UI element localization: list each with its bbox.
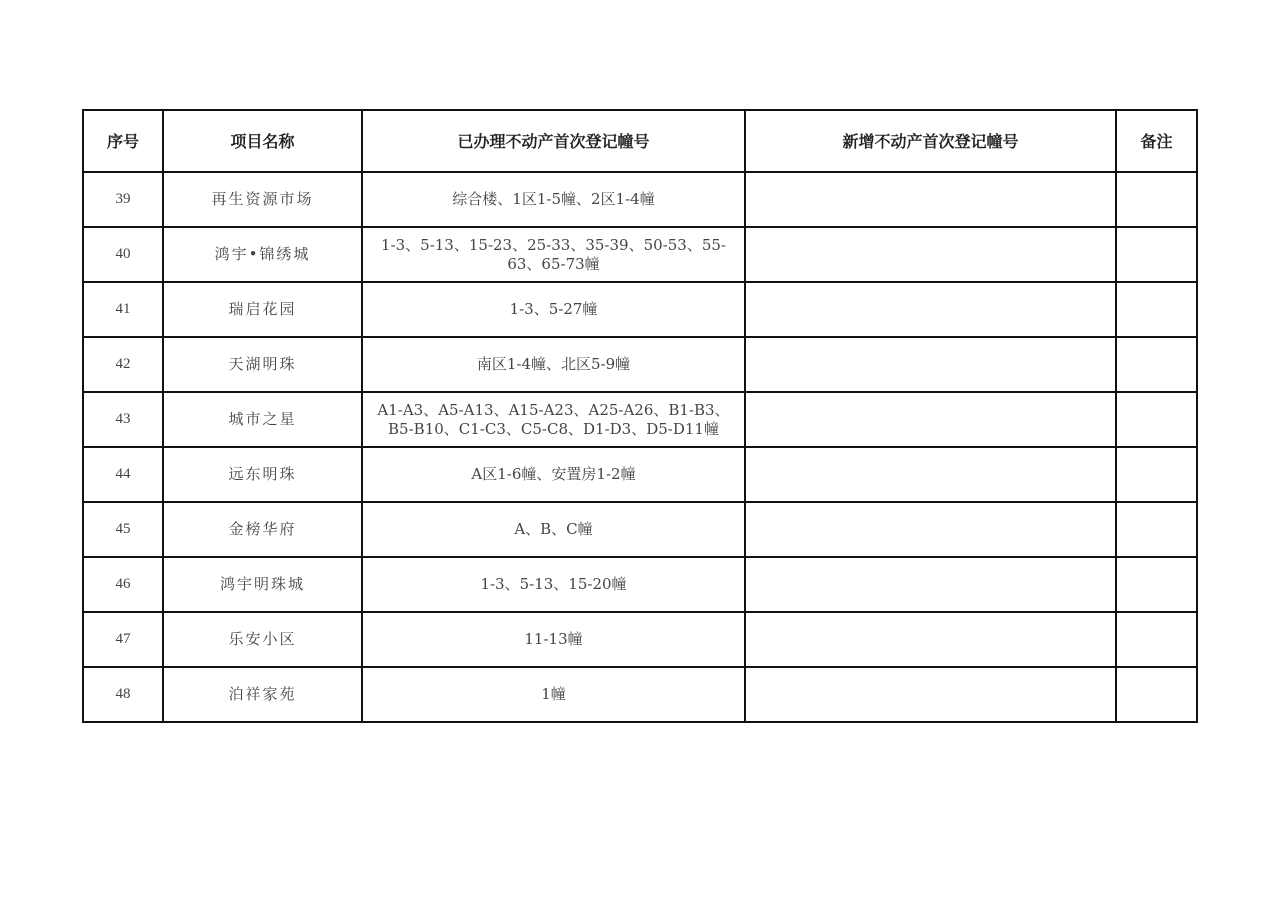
cell-remarks xyxy=(1116,392,1197,447)
cell-added-buildings xyxy=(745,557,1116,612)
cell-added-buildings xyxy=(745,282,1116,337)
header-registered-buildings: 已办理不动产首次登记幢号 xyxy=(362,110,745,172)
cell-project-name: 城市之星 xyxy=(163,392,362,447)
registered-text: A1-A3、A5-A13、A15-A23、A25-A26、B1-B3、B5-B1… xyxy=(374,401,734,439)
table-row: 42 天湖明珠 南区1-4幢、北区5-9幢 xyxy=(83,337,1197,392)
cell-registered-buildings: 综合楼、1区1-5幢、2区1-4幢 xyxy=(362,172,745,227)
cell-remarks xyxy=(1116,447,1197,502)
cell-added-buildings xyxy=(745,502,1116,557)
cell-serial-no: 48 xyxy=(83,667,163,722)
cell-project-name: 远东明珠 xyxy=(163,447,362,502)
cell-registered-buildings: 1-3、5-27幢 xyxy=(362,282,745,337)
cell-remarks xyxy=(1116,172,1197,227)
cell-added-buildings xyxy=(745,392,1116,447)
cell-added-buildings xyxy=(745,612,1116,667)
cell-remarks xyxy=(1116,282,1197,337)
cell-project-name: 泊祥家苑 xyxy=(163,667,362,722)
table-row: 43 城市之星 A1-A3、A5-A13、A15-A23、A25-A26、B1-… xyxy=(83,392,1197,447)
cell-added-buildings xyxy=(745,447,1116,502)
cell-serial-no: 41 xyxy=(83,282,163,337)
cell-registered-buildings: A1-A3、A5-A13、A15-A23、A25-A26、B1-B3、B5-B1… xyxy=(362,392,745,447)
header-serial-no: 序号 xyxy=(83,110,163,172)
cell-project-name: 乐安小区 xyxy=(163,612,362,667)
cell-remarks xyxy=(1116,337,1197,392)
header-row: 序号 项目名称 已办理不动产首次登记幢号 新增不动产首次登记幢号 备注 xyxy=(83,110,1197,172)
cell-serial-no: 46 xyxy=(83,557,163,612)
header-remarks: 备注 xyxy=(1116,110,1197,172)
cell-added-buildings xyxy=(745,337,1116,392)
cell-added-buildings xyxy=(745,667,1116,722)
registration-table: 序号 项目名称 已办理不动产首次登记幢号 新增不动产首次登记幢号 备注 39 再… xyxy=(82,109,1198,723)
cell-registered-buildings: 1-3、5-13、15-20幢 xyxy=(362,557,745,612)
table-row: 45 金榜华府 A、B、C幢 xyxy=(83,502,1197,557)
cell-added-buildings xyxy=(745,172,1116,227)
cell-project-name: 天湖明珠 xyxy=(163,337,362,392)
cell-remarks xyxy=(1116,667,1197,722)
registered-text: 1-3、5-13、15-23、25-33、35-39、50-53、55-63、6… xyxy=(374,236,734,274)
table-row: 41 瑞启花园 1-3、5-27幢 xyxy=(83,282,1197,337)
table-row: 39 再生资源市场 综合楼、1区1-5幢、2区1-4幢 xyxy=(83,172,1197,227)
cell-registered-buildings: 1幢 xyxy=(362,667,745,722)
cell-project-name: 鸿宇明珠城 xyxy=(163,557,362,612)
table-row: 48 泊祥家苑 1幢 xyxy=(83,667,1197,722)
cell-registered-buildings: 1-3、5-13、15-23、25-33、35-39、50-53、55-63、6… xyxy=(362,227,745,282)
table-row: 47 乐安小区 11-13幢 xyxy=(83,612,1197,667)
cell-project-name: 鸿宇•锦绣城 xyxy=(163,227,362,282)
table-row: 44 远东明珠 A区1-6幢、安置房1-2幢 xyxy=(83,447,1197,502)
header-added-buildings: 新增不动产首次登记幢号 xyxy=(745,110,1116,172)
cell-serial-no: 42 xyxy=(83,337,163,392)
cell-remarks xyxy=(1116,557,1197,612)
table-row: 40 鸿宇•锦绣城 1-3、5-13、15-23、25-33、35-39、50-… xyxy=(83,227,1197,282)
cell-remarks xyxy=(1116,227,1197,282)
cell-project-name: 金榜华府 xyxy=(163,502,362,557)
cell-registered-buildings: 11-13幢 xyxy=(362,612,745,667)
cell-serial-no: 44 xyxy=(83,447,163,502)
header-project-name: 项目名称 xyxy=(163,110,362,172)
cell-registered-buildings: A区1-6幢、安置房1-2幢 xyxy=(362,447,745,502)
table-row: 46 鸿宇明珠城 1-3、5-13、15-20幢 xyxy=(83,557,1197,612)
cell-remarks xyxy=(1116,612,1197,667)
cell-registered-buildings: 南区1-4幢、北区5-9幢 xyxy=(362,337,745,392)
cell-added-buildings xyxy=(745,227,1116,282)
cell-remarks xyxy=(1116,502,1197,557)
cell-project-name: 再生资源市场 xyxy=(163,172,362,227)
cell-serial-no: 40 xyxy=(83,227,163,282)
cell-registered-buildings: A、B、C幢 xyxy=(362,502,745,557)
cell-serial-no: 47 xyxy=(83,612,163,667)
cell-project-name: 瑞启花园 xyxy=(163,282,362,337)
cell-serial-no: 43 xyxy=(83,392,163,447)
cell-serial-no: 39 xyxy=(83,172,163,227)
cell-serial-no: 45 xyxy=(83,502,163,557)
